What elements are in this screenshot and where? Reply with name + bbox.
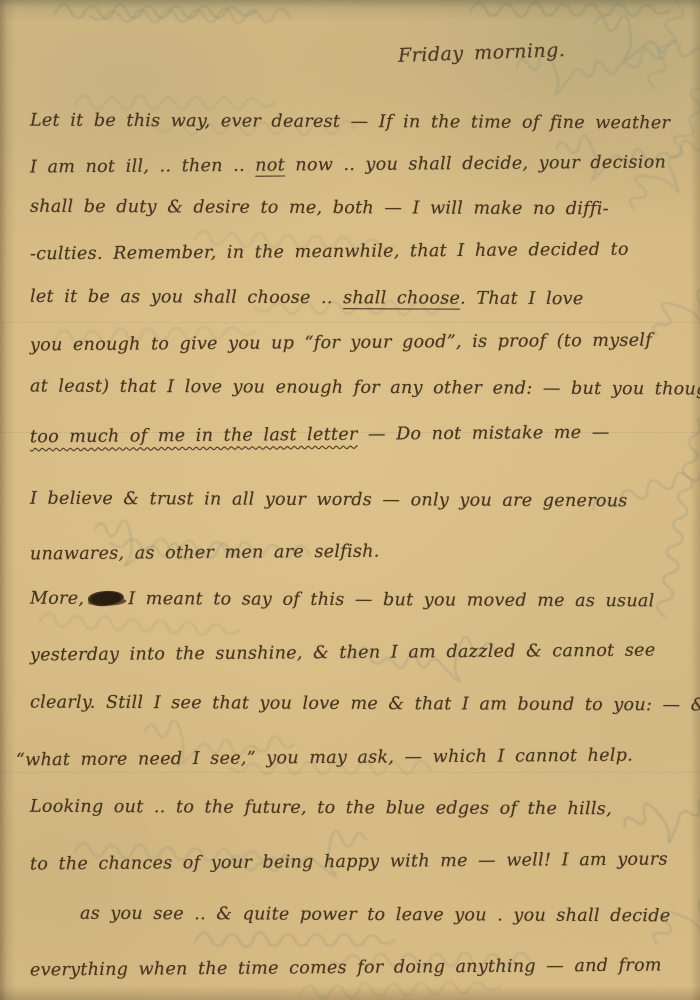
line-text: More, [30, 589, 84, 609]
underlined-phrase: shall choose [343, 288, 460, 309]
letter-line: More,I meant to say of this — but you mo… [30, 589, 655, 612]
letter-line: -culties. Remember, in the meanwhile, th… [30, 240, 629, 265]
line-text: I meant to say of this — but you moved m… [128, 589, 654, 611]
line-text: — Do not mistake me — [358, 423, 610, 445]
line-text: . That I love [460, 289, 583, 310]
letter-line: Looking out .. to the future, to the blu… [30, 797, 612, 820]
letter-line: as you see .. & quite power to leave you… [80, 904, 671, 927]
letter-line: “what more need I see,” you may ask, — w… [16, 746, 633, 771]
letter-line: Let it be this way, ever dearest — If in… [30, 111, 670, 134]
letter-line: too much of me in the last letter — Do n… [30, 423, 610, 448]
letter-line: yesterday into the sunshine, & then I am… [30, 641, 656, 666]
letter-line: I believe & trust in all your words — on… [30, 489, 628, 512]
letter-line: shall be duty & desire to me, both — I w… [30, 197, 609, 220]
underlined-phrase: too much of me in the last letter [30, 425, 358, 448]
letter-line: at least) that I love you enough for any… [30, 376, 700, 399]
letter-line: unawares, as other men are selfish. [30, 542, 380, 565]
letter-line: clearly. Still I see that you love me & … [30, 693, 700, 716]
letter-line: I am not ill, .. then .. not now .. you … [30, 153, 666, 178]
line-text: I am not ill, .. then .. [30, 156, 255, 178]
line-text: now .. you shall decide, your decision [285, 153, 666, 176]
underlined-phrase: not [255, 155, 285, 175]
letter-line: to the chances of your being happy with … [30, 849, 668, 874]
letter-heading: Friday morning. [398, 39, 566, 67]
letter-page: Friday morning. Let it be this way, ever… [0, 0, 700, 1000]
letter-line: you enough to give you up “for your good… [30, 331, 652, 356]
ghost-rule [0, 322, 700, 323]
letter-line: let it be as you shall choose .. shall c… [30, 287, 584, 309]
scribbled-out-word [88, 590, 125, 608]
line-text: let it be as you shall choose .. [30, 287, 343, 308]
letter-line: everything when the time comes for doing… [30, 956, 662, 981]
ghost-rule [0, 772, 700, 773]
